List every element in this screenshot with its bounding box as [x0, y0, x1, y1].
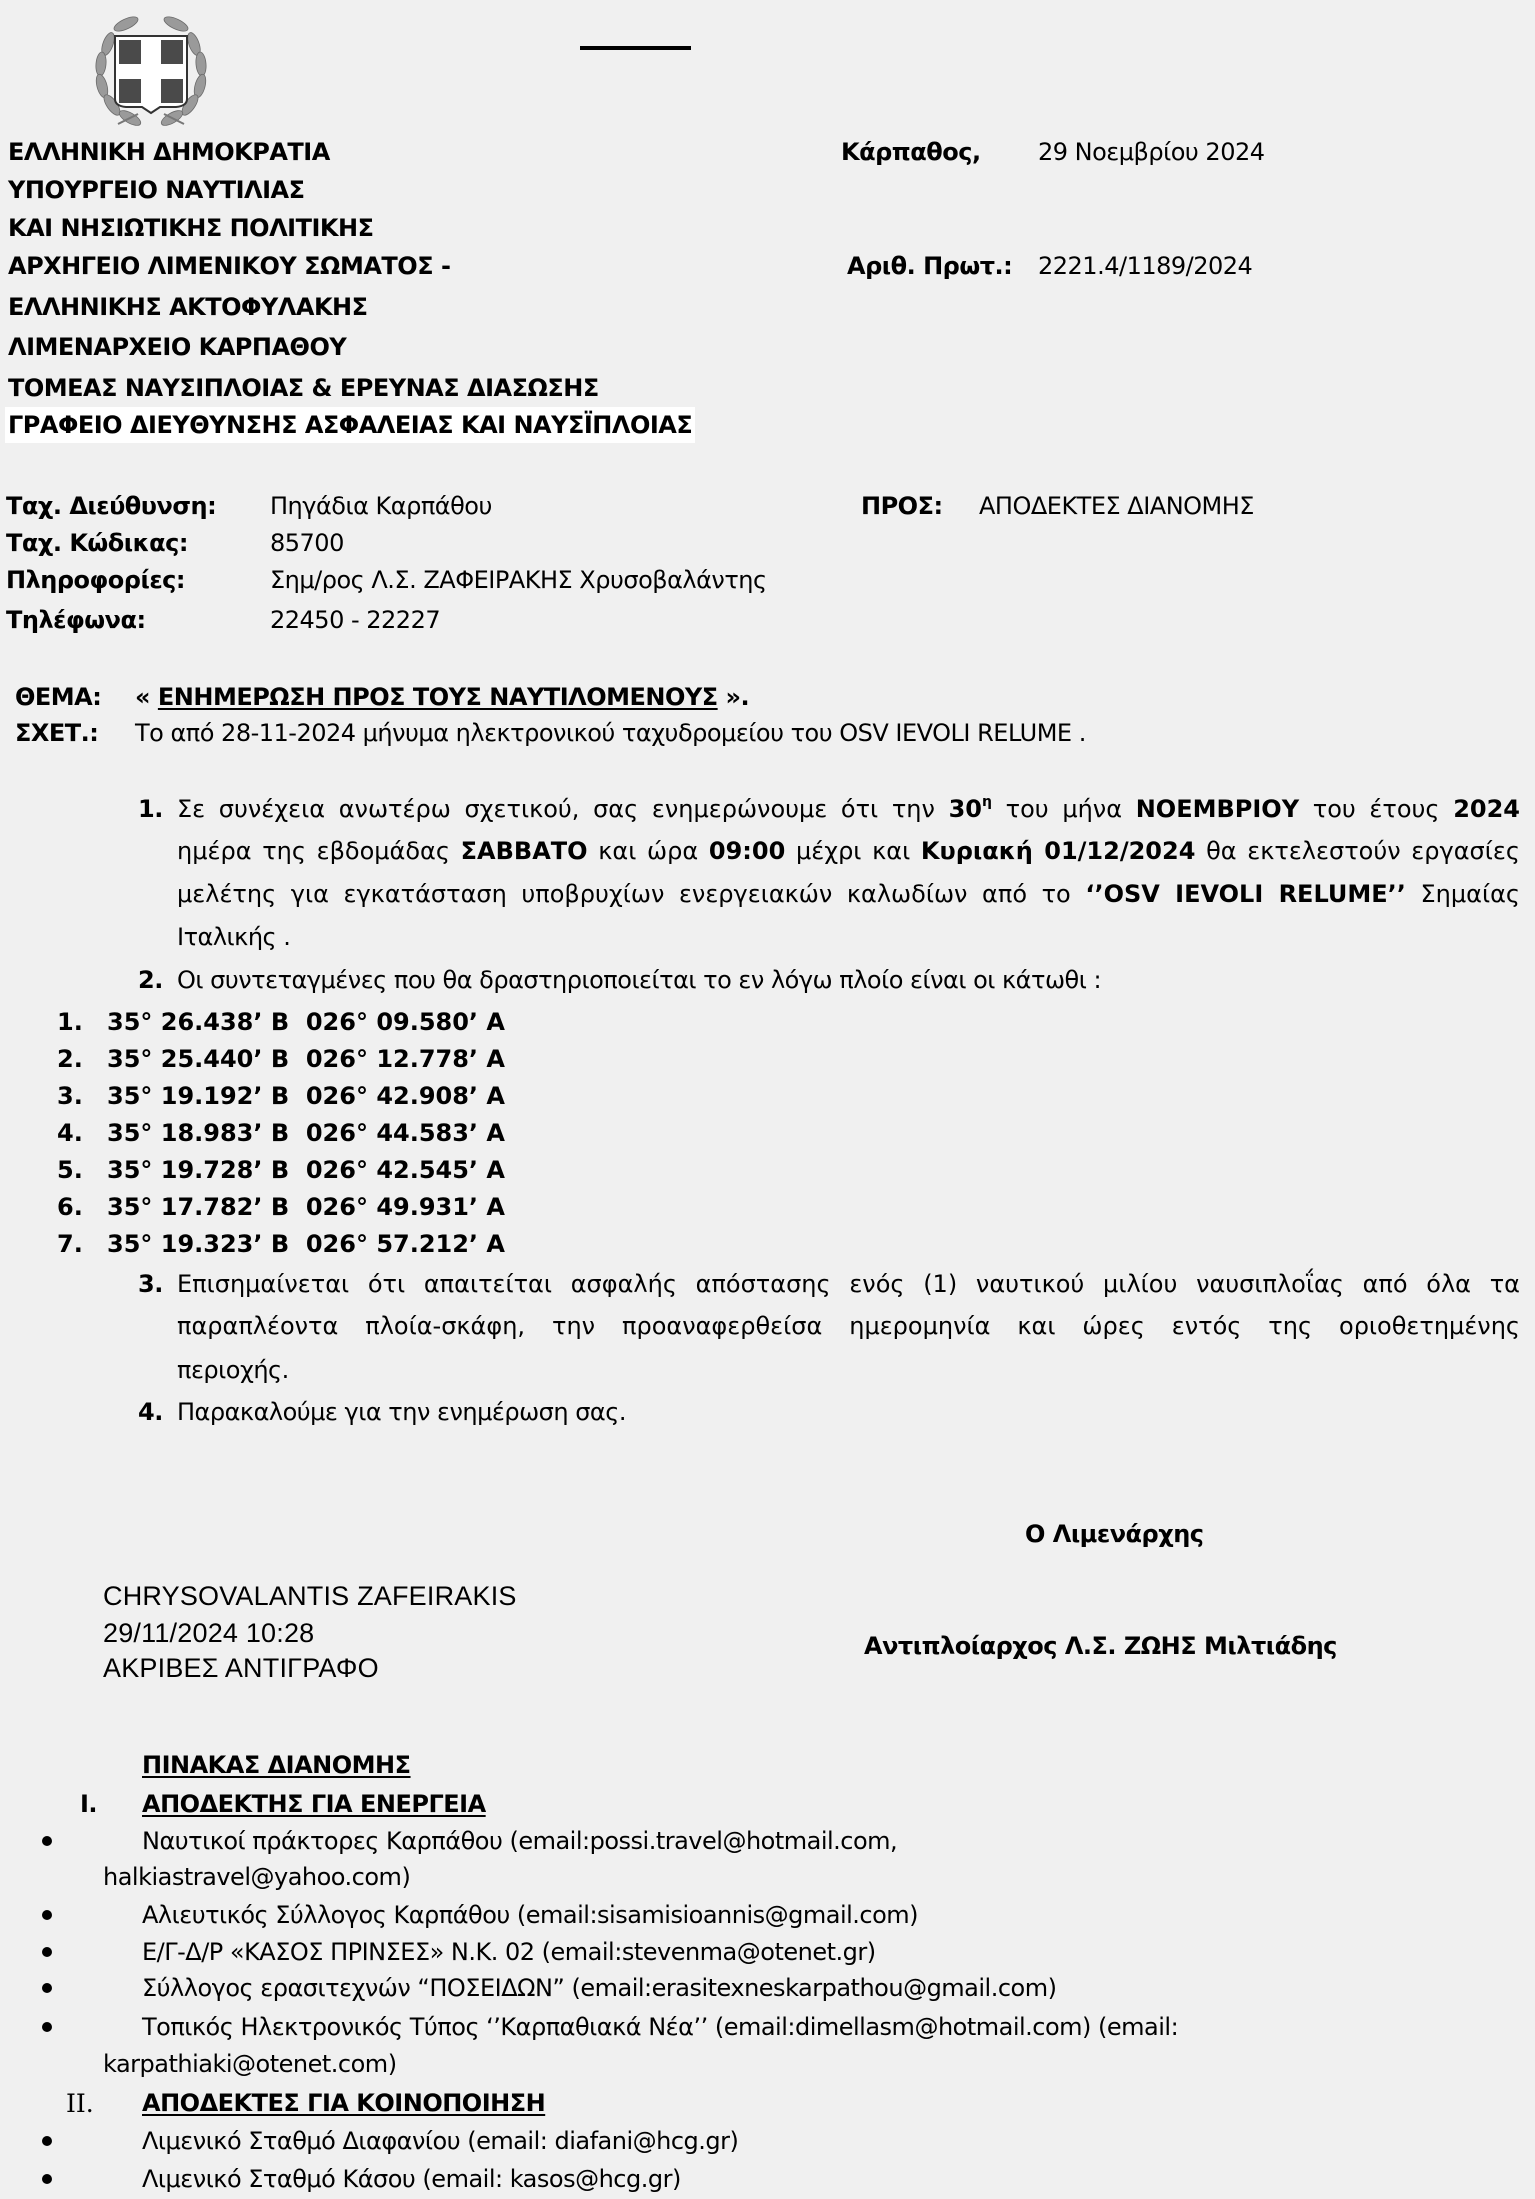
- list-item: Λιμενικό Σταθμό Διαφανίου (email: diafan…: [142, 2129, 738, 2153]
- org-line: ΚΑΙ ΝΗΣΙΩΤΙΚΗΣ ΠΟΛΙΤΙΚΗΣ: [8, 216, 373, 240]
- paragraph-3-line-3: περιοχής.: [177, 1358, 289, 1382]
- coordinate-item: 35° 19.323’ Β 026° 57.212’ Α: [107, 1232, 505, 1256]
- subject-title: « ΕΝΗΜΕΡΩΣΗ ΠΡΟΣ ΤΟΥΣ ΝΑΥΤΙΛΟΜΕΝΟΥΣ ».: [135, 685, 749, 709]
- signatory-title: Ο Λιμενάρχης: [1025, 1522, 1204, 1546]
- document-date: 29 Νοεμβρίου 2024: [1038, 140, 1265, 164]
- recipient-value: ΑΠΟΔΕΚΤΕΣ ΔΙΑΝΟΜΗΣ: [979, 494, 1254, 518]
- list-item: Σύλλογος ερασιτεχνών “ΠΟΣΕΙΔΩΝ” (email:e…: [142, 1976, 1056, 2000]
- section-title-action: ΑΠΟΔΕΚΤΗΣ ΓΙΑ ΕΝΕΡΓΕΙΑ: [142, 1792, 486, 1816]
- coordinate-number: 1.: [57, 1010, 83, 1034]
- coordinate-item: 35° 19.192’ Β 026° 42.908’ Α: [107, 1084, 505, 1108]
- protocol-number: 2221.4/1189/2024: [1038, 254, 1252, 278]
- longitude: 026° 12.778’ Α: [306, 1045, 505, 1073]
- bullet-icon: [42, 2022, 52, 2032]
- bullet-icon: [42, 1836, 52, 1846]
- list-item: Αλιευτικός Σύλλογος Καρπάθου (email:sisa…: [142, 1903, 918, 1927]
- contact-label: Ταχ. Διεύθυνση:: [6, 494, 216, 518]
- contact-label: Ταχ. Κώδικας:: [6, 531, 188, 555]
- header-rule: [580, 46, 691, 50]
- contact-value: Πηγάδια Καρπάθου: [270, 494, 492, 518]
- org-line: ΕΛΛΗΝΙΚΗΣ ΑΚΤΟΦΥΛΑΚΗΣ: [8, 295, 368, 319]
- contact-label: Πληροφορίες:: [6, 568, 185, 592]
- contact-value: 85700: [270, 531, 344, 555]
- stamp-signer: CHRYSOVALANTIS ZAFEIRAKIS: [103, 1583, 517, 1610]
- paragraph-number: 1.: [138, 797, 163, 821]
- bullet-icon: [42, 2136, 52, 2146]
- list-item-continued: karpathiaki@otenet.com): [103, 2052, 397, 2076]
- latitude: 35° 17.782’ Β: [107, 1193, 289, 1221]
- contact-label: Τηλέφωνα:: [6, 608, 146, 632]
- list-item: Ναυτικοί πράκτορες Καρπάθου (email:possi…: [142, 1829, 897, 1853]
- latitude: 35° 19.728’ Β: [107, 1156, 289, 1184]
- latitude: 35° 19.192’ Β: [107, 1082, 289, 1110]
- latitude: 35° 18.983’ Β: [107, 1119, 289, 1147]
- protocol-label: Αριθ. Πρωτ.:: [847, 254, 1012, 278]
- paragraph-4-text: Παρακαλούμε για την ενημέρωση σας.: [177, 1400, 626, 1424]
- coordinate-item: 35° 18.983’ Β 026° 44.583’ Α: [107, 1121, 505, 1145]
- coordinate-item: 35° 17.782’ Β 026° 49.931’ Α: [107, 1195, 505, 1219]
- paragraph-1-line-3: μελέτης για εγκατάσταση υποβρυχίων ενεργ…: [177, 882, 1520, 906]
- section-number: II.: [66, 2091, 94, 2116]
- distribution-title: ΠΙΝΑΚΑΣ ΔΙΑΝΟΜΗΣ: [142, 1753, 411, 1777]
- reference-text: Το από 28-11-2024 μήνυμα ηλεκτρονικού τα…: [135, 721, 1086, 745]
- list-item: Ε/Γ-Δ/Ρ «ΚΑΣΟΣ ΠΡΙΝΣΕΣ» Ν.Κ. 02 (email:s…: [142, 1940, 876, 1964]
- bullet-icon: [42, 2174, 52, 2184]
- longitude: 026° 49.931’ Α: [306, 1193, 505, 1221]
- longitude: 026° 42.908’ Α: [306, 1082, 505, 1110]
- bullet-icon: [42, 1910, 52, 1920]
- bullet-icon: [42, 1947, 52, 1957]
- coordinate-item: 35° 26.438’ Β 026° 09.580’ Α: [107, 1010, 505, 1034]
- org-line: ΥΠΟΥΡΓΕΙΟ ΝΑΥΤΙΛΙΑΣ: [8, 178, 305, 202]
- subject-label: ΘΕΜΑ:: [15, 685, 101, 709]
- org-line: ΑΡΧΗΓΕΙΟ ΛΙΜΕΝΙΚΟΥ ΣΩΜΑΤΟΣ -: [8, 254, 450, 278]
- paragraph-number: 3.: [138, 1272, 163, 1296]
- coordinate-number: 4.: [57, 1121, 83, 1145]
- stamp-certification: ΑΚΡΙΒΕΣ ΑΝΤΙΓΡΑΦΟ: [103, 1655, 379, 1682]
- list-item-continued: halkiastravel@yahoo.com): [103, 1865, 410, 1889]
- paragraph-number: 4.: [138, 1400, 163, 1424]
- paragraph-1-line-1: Σε συνέχεια ανωτέρω σχετικού, σας ενημερ…: [177, 797, 1520, 821]
- longitude: 026° 42.545’ Α: [306, 1156, 505, 1184]
- stamp-timestamp: 29/11/2024 10:28: [103, 1620, 314, 1647]
- coordinate-number: 7.: [57, 1232, 83, 1256]
- org-line: ΓΡΑΦΕΙΟ ΔΙΕΥΘΥΝΣΗΣ ΑΣΦΑΛΕΙΑΣ ΚΑΙ ΝΑΥΣΪΠΛ…: [8, 413, 695, 437]
- latitude: 35° 26.438’ Β: [107, 1008, 289, 1036]
- list-item: Λιμενικό Σταθμό Κάσου (email: kasos@hcg.…: [142, 2167, 681, 2191]
- signatory-name: Αντιπλοίαρχος Λ.Σ. ΖΩΗΣ Μιλτιάδης: [864, 1634, 1337, 1658]
- coordinate-item: 35° 25.440’ Β 026° 12.778’ Α: [107, 1047, 505, 1071]
- paragraph-2-text: Οι συντεταγμένες που θα δραστηριοποιείτα…: [177, 968, 1101, 992]
- latitude: 35° 25.440’ Β: [107, 1045, 289, 1073]
- paragraph-3-line-1: Επισημαίνεται ότι απαιτείται ασφαλής από…: [177, 1272, 1520, 1296]
- org-line: ΛΙΜΕΝΑΡΧΕΙΟ ΚΑΡΠΑΘΟΥ: [8, 335, 346, 359]
- section-number: I.: [80, 1792, 97, 1816]
- coordinate-number: 3.: [57, 1084, 83, 1108]
- bullet-icon: [42, 1983, 52, 1993]
- longitude: 026° 44.583’ Α: [306, 1119, 505, 1147]
- latitude: 35° 19.323’ Β: [107, 1230, 289, 1258]
- contact-value: Σημ/ρος Λ.Σ. ΖΑΦΕΙΡΑΚΗΣ Χρυσοβαλάντης: [270, 568, 767, 592]
- recipient-label: ΠΡΟΣ:: [861, 494, 943, 518]
- paragraph-3-line-2: παραπλέοντα πλοία-σκάφη, την προαναφερθε…: [177, 1314, 1520, 1338]
- contact-value: 22450 - 22227: [270, 608, 440, 632]
- paragraph-1-line-2: ημέρα της εβδομάδας ΣΑΒΒΑΤΟ και ώρα 09:0…: [177, 839, 1520, 863]
- coordinate-number: 6.: [57, 1195, 83, 1219]
- list-item: Τοπικός Ηλεκτρονικός Τύπος ‘’Καρπαθιακά …: [142, 2015, 1178, 2039]
- coordinate-item: 35° 19.728’ Β 026° 42.545’ Α: [107, 1158, 505, 1182]
- coordinate-number: 2.: [57, 1047, 83, 1071]
- paragraph-1-line-4: Ιταλικής .: [177, 925, 290, 949]
- longitude: 026° 57.212’ Α: [306, 1230, 505, 1258]
- place-label: Κάρπαθος,: [841, 140, 981, 164]
- org-line: ΤΟΜΕΑΣ ΝΑΥΣΙΠΛΟΙΑΣ & ΕΡΕΥΝΑΣ ΔΙΑΣΩΣΗΣ: [8, 376, 599, 400]
- org-line: ΕΛΛΗΝΙΚΗ ΔΗΜΟΚΡΑΤΙΑ: [8, 140, 330, 164]
- paragraph-number: 2.: [138, 968, 163, 992]
- greek-coat-of-arms-icon: [88, 14, 214, 130]
- reference-label: ΣΧΕΤ.:: [15, 721, 98, 745]
- coordinate-number: 5.: [57, 1158, 83, 1182]
- section-title-info: ΑΠΟΔΕΚΤΕΣ ΓΙΑ ΚΟΙΝΟΠΟΙΗΣΗ: [142, 2091, 545, 2115]
- longitude: 026° 09.580’ Α: [306, 1008, 505, 1036]
